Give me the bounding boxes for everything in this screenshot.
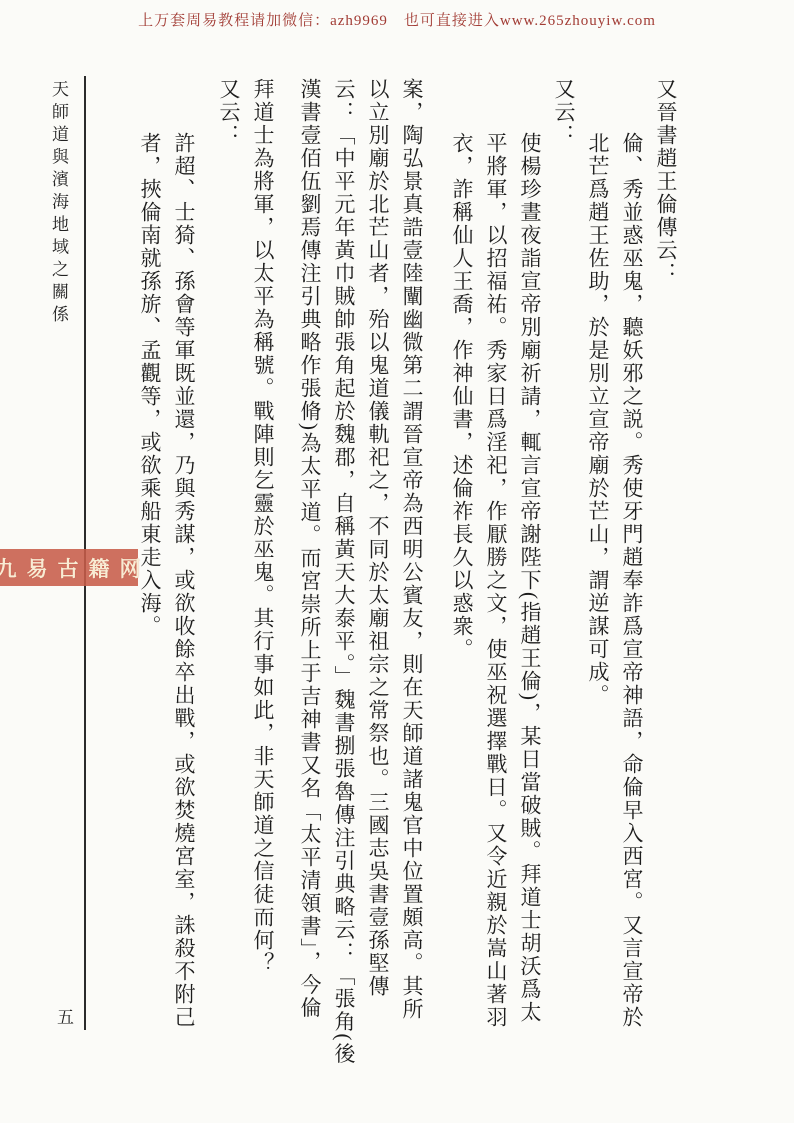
text-column-6: 平將軍，以招福祐。秀家日爲淫祀，作厭勝之文，使巫祝選擇戰日。又令近親於嵩山著羽 <box>479 78 513 1088</box>
text-column-3: 北芒爲趙王佐助，於是別立宣帝廟於芒山，謂逆謀可成。 <box>581 78 615 1088</box>
text-column-12: 拜道士為將軍，以太平為稱號。戰陣則乞靈於巫鬼。其行事如此，非天師道之信徒而何？ <box>246 78 280 1088</box>
main-text-block: 又晉書趙王倫傳云： 倫、秀並惑巫鬼，聽妖邪之説。秀使牙門趙奉詐爲宣帝神語，命倫早… <box>133 78 683 1088</box>
text-column-14: 許超、士猗、孫會等軍既並還，乃與秀謀，或欲收餘卒出戰，或欲焚燒宮室，誅殺不附己 <box>167 78 201 1088</box>
header-promo-text: 上万套周易教程请加微信：azh9969 也可直接进入www.265zhouyiw… <box>0 9 794 30</box>
margin-book-title: 天師道與濱海地域之關係 <box>46 80 71 328</box>
text-column-15: 者，挾倫南就孫旂、孟觀等，或欲乘船東走入海。 <box>133 78 167 1088</box>
text-column-2: 倫、秀並惑巫鬼，聽妖邪之説。秀使牙門趙奉詐爲宣帝神語，命倫早入西宮。又言宣帝於 <box>615 78 649 1088</box>
watermark-badge: 九易古籍网 <box>0 549 138 586</box>
text-column-7: 衣，詐稱仙人王喬，作神仙書，述倫祚長久以惑衆。 <box>445 78 479 1088</box>
watermark-text: 九易古籍网 <box>0 553 151 583</box>
text-column-1: 又晉書趙王倫傳云： <box>649 78 683 1088</box>
text-column-4: 又云： <box>547 78 581 1088</box>
text-column-11: 漢書壹佰伍劉焉傳注引典略作張脩)為太平道。而宮崇所上于吉神書又名「太平清領書」，… <box>293 78 327 1088</box>
text-column-5: 使楊珍晝夜詣宣帝別廟祈請，輒言宣帝謝陛下(指趙王倫)，某日當破賊。拜道士胡沃爲太 <box>513 78 547 1088</box>
scanned-book-page: 上万套周易教程请加微信：azh9969 也可直接进入www.265zhouyiw… <box>0 0 794 1123</box>
text-column-10: 云：「中平元年黃巾賊帥張角起於魏郡，自稱黃天大泰平。」魏書捌張魯傳注引典略云：「… <box>327 78 361 1088</box>
text-column-13: 又云： <box>212 78 246 1088</box>
page-number: 五 <box>57 1003 74 1028</box>
text-column-8: 案，陶弘景真誥壹陸闡幽微第二謂晉宣帝為西明公賓友，則在天師道諸鬼官中位置頗高。其… <box>395 78 429 1088</box>
text-column-9: 以立別廟於北芒山者，殆以鬼道儀軌祀之，不同於太廟祖宗之常祭也。三國志吳書壹孫堅傳 <box>361 78 395 1088</box>
